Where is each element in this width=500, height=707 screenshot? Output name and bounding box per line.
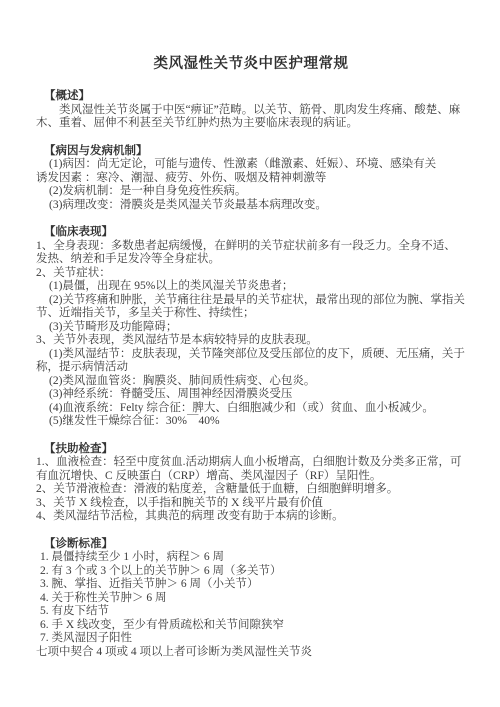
section-heading-diagnosis: 【诊断标准】 — [36, 538, 466, 552]
section-overview: 【概述】 类风湿性关节炎属于中医“痹证”范畴。以关节、筋骨、肌肉发生疼痛、酸楚、… — [36, 90, 466, 131]
overview-body: 类风湿性关节炎属于中医“痹证”范畴。以关节、筋骨、肌肉发生疼痛、酸楚、麻木、重着… — [36, 104, 466, 131]
diagnosis-item: 4. 关于称性关节肿＞ 6 周 — [36, 592, 466, 606]
etiology-item: (2)发病机制：是一种自身免疫性疾病。 — [36, 185, 466, 199]
section-heading-auxiliary: 【扶助检查】 — [36, 443, 466, 457]
diagnosis-item: 7. 类风湿因子阳性 — [36, 632, 466, 646]
clinical-item: (1)类风湿结节：皮肤表现，关节隆突部位及受压部位的皮下，质硬、无压痛，关于称，… — [36, 348, 466, 375]
clinical-item: (3)神经系统：脊髓受压、周围神经因滑膜炎受压 — [36, 388, 466, 402]
section-auxiliary: 【扶助检查】 1.、血液检查：轻至中度贫血.活动期病人血小板增高，白细胞计数及分… — [36, 443, 466, 524]
etiology-item: 诱发因素 ：寒冷、潮湿、疲劳、外伤、吸烟及精神刺激等 — [36, 172, 466, 186]
auxiliary-item: 3、关节 X 线检查，以手指和腕关节的 X 线平片最有价值 — [36, 497, 466, 511]
diagnosis-item: 5. 有皮下结节 — [36, 605, 466, 619]
clinical-item: (2)关节疼痛和肿胀，关节痛往往是最早的关节症状，最常出现的部位为腕、掌指关节、… — [36, 294, 466, 321]
clinical-item: 3、关节外表现，类风湿结节是本病较特异的皮肤表现。 — [36, 334, 466, 348]
clinical-item: (2)类风湿血管炎：胸膜炎、肺间质性病变、心包炎。 — [36, 375, 466, 389]
diagnosis-item: 6. 手 X 线改变，至少有骨质疏松和关节间隙狭窄 — [36, 619, 466, 633]
clinical-item: (5)继发性干燥综合征：30%￣40% — [36, 415, 466, 429]
etiology-item: (1)病因：尚无定论，可能与遗传、性激素（雌激素、妊娠）、环境、感染有关 — [36, 158, 466, 172]
clinical-item: 1、全身表现：多数患者起病缓慢，在鲜明的关节症状前多有一段乏力。全身不适、发热、… — [36, 240, 466, 267]
diagnosis-item: 1. 晨僵持续至少 1 小时，病程＞ 6 周 — [36, 551, 466, 565]
clinical-item: (1)晨僵，出现在 95%以上的类风湿关节炎患者； — [36, 280, 466, 294]
section-heading-clinical: 【临床表现】 — [36, 226, 466, 240]
auxiliary-item: 1.、血液检查：轻至中度贫血.活动期病人血小板增高，白细胞计数及分类多正常，可有… — [36, 456, 466, 483]
clinical-item: 2、关节症状： — [36, 267, 466, 281]
diagnosis-item: 3. 腕、掌指、近指关节肿＞ 6 周（小关节） — [36, 578, 466, 592]
section-etiology: 【病因与发病机制】 (1)病因：尚无定论，可能与遗传、性激素（雌激素、妊娠）、环… — [36, 145, 466, 213]
section-heading-overview: 【概述】 — [36, 90, 466, 104]
clinical-item: (4)血液系统：Felty 综合征：脾大、白细胞减少和（或）贫血、血小板减少。 — [36, 402, 466, 416]
section-diagnosis: 【诊断标准】 1. 晨僵持续至少 1 小时，病程＞ 6 周 2. 有 3 个或 … — [36, 538, 466, 660]
page-title: 类风湿性关节炎中医护理常规 — [36, 56, 466, 72]
etiology-item: (3)病理改变：滑膜炎是类风湿关节炎最基本病理改变。 — [36, 199, 466, 213]
diagnosis-item: 2. 有 3 个或 3 个以上的关节肿＞ 6 周（多关节） — [36, 565, 466, 579]
document-page: 类风湿性关节炎中医护理常规 【概述】 类风湿性关节炎属于中医“痹证”范畴。以关节… — [0, 0, 500, 707]
auxiliary-item: 4、类风湿结节活检，其典范的病理 改变有助于本病的诊断。 — [36, 510, 466, 524]
section-clinical: 【临床表现】 1、全身表现：多数患者起病缓慢，在鲜明的关节症状前多有一段乏力。全… — [36, 226, 466, 429]
clinical-item: (3)关节畸形及功能障碍； — [36, 321, 466, 335]
diagnosis-footer: 七项中契合 4 项或 4 项以上者可诊断为类风湿性关节炎 — [36, 646, 466, 660]
auxiliary-item: 2、关节滑液检查：滑液的粘度差，含糖量低于血糖，白细胞鲜明增多。 — [36, 483, 466, 497]
section-heading-etiology: 【病因与发病机制】 — [36, 145, 466, 159]
